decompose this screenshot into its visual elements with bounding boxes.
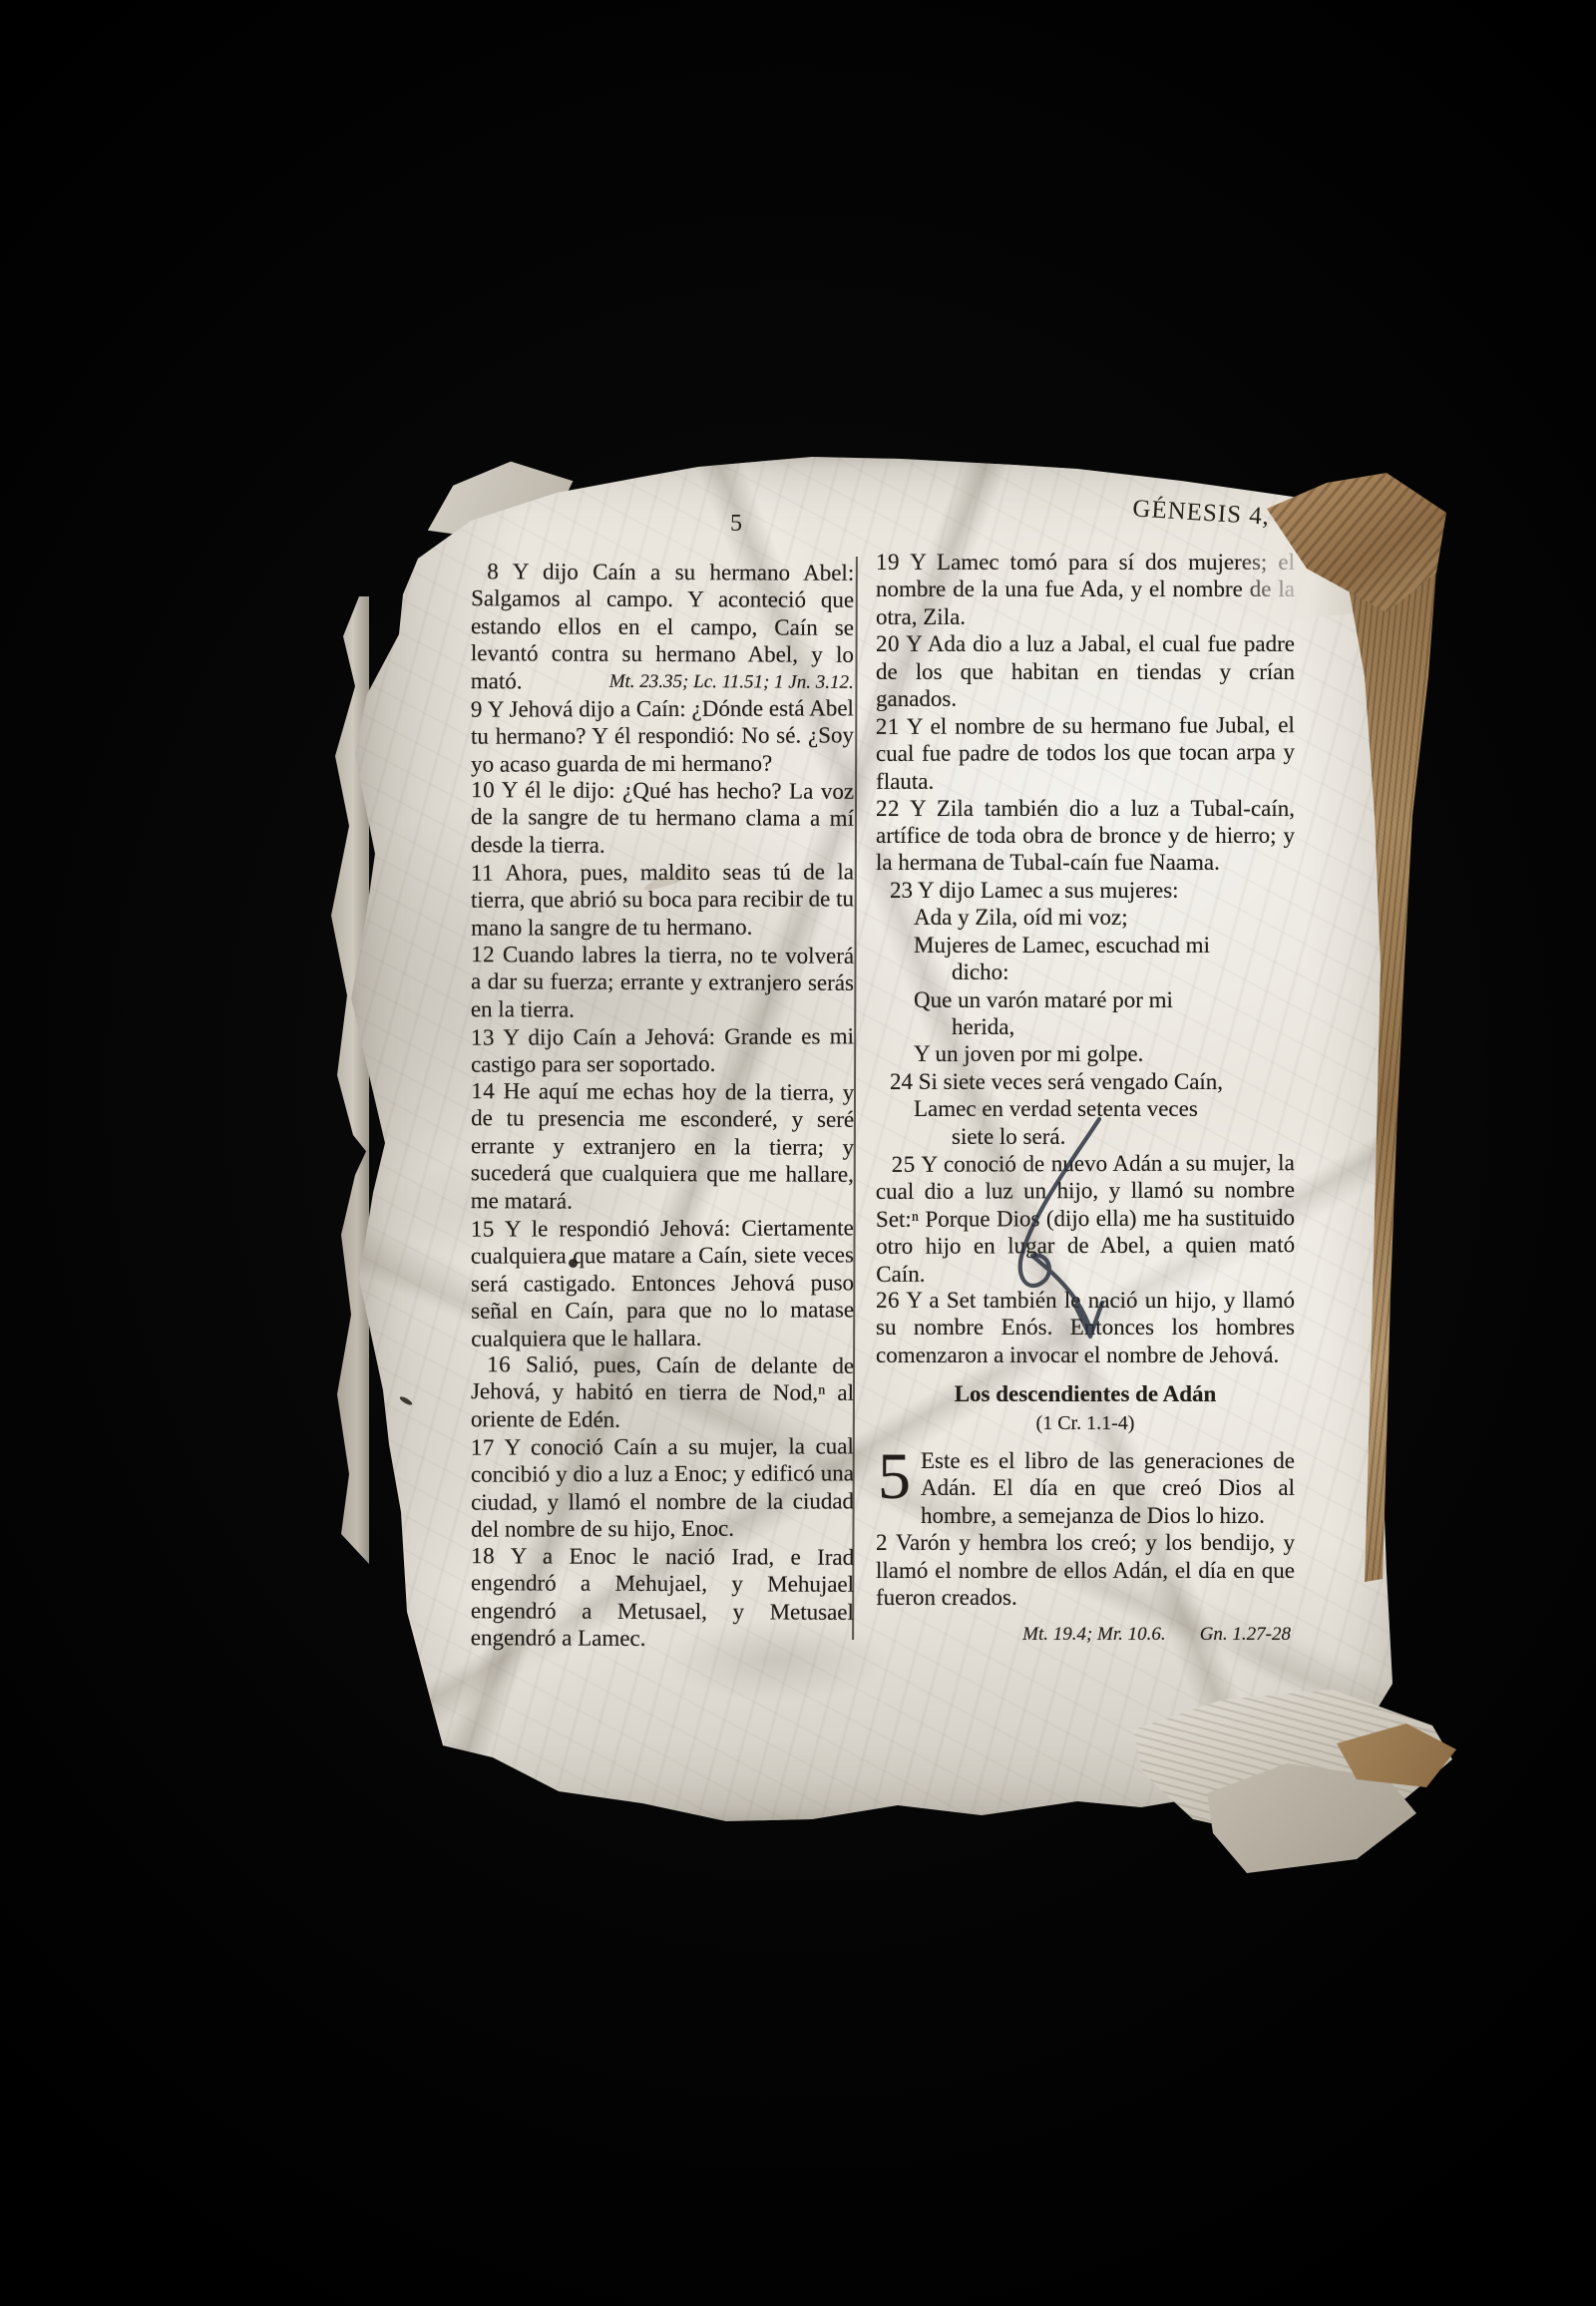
verse-paragraph: 19 Y Lamec tomó para sí dos mujeres; el … [876,549,1295,630]
cross-reference: Gn. 1.27-28 [1200,1624,1291,1645]
photo-background: 5 GÉNESIS 4, 5 8 Y dijo Caín a su herman… [0,0,1596,2306]
verse-number: 26 [876,1288,900,1313]
chapter-number-dropcap: 5 [876,1447,921,1504]
verse-number: 17 [471,1435,495,1460]
verse-number: 19 [876,550,900,575]
verse-number: 18 [471,1543,495,1568]
verse-number: 12 [471,942,495,966]
verse-number: 25 [892,1152,916,1177]
poem-line: Que un varón mataré por mi [876,986,1295,1013]
poem-line: dicho: [876,959,1295,985]
verse-number: 11 [471,861,494,886]
verse-paragraph: 15 Y le respondió Jehová: Ciertamente cu… [471,1214,854,1351]
verse-paragraph: 8 Y dijo Caín a su hermano Abel: Salgamo… [471,558,855,696]
poem-line: Ada y Zila, oíd mi voz; [876,904,1295,931]
verse-number: 2 [876,1530,888,1555]
verse-number: 10 [471,777,495,802]
book-photo: 5 GÉNESIS 4, 5 8 Y dijo Caín a su herman… [329,447,1496,1933]
verse-number: 13 [471,1024,495,1049]
verse-number: 8 [487,559,499,583]
ink-scribble [982,1113,1161,1343]
verse-paragraph: 21 Y el nombre de su hermano fue Jubal, … [876,712,1295,796]
verse-paragraph: 18 Y a Enoc le nació Irad, e Irad engend… [471,1542,854,1653]
page-number: 5 [730,511,742,538]
poem-line: 23 Y dijo Lamec a sus mujeres: [876,877,1295,904]
verse-paragraph: 17 Y conoció Caín a su mujer, la cual co… [471,1432,854,1543]
verse-paragraph: Este es el libro de las generaciones de … [876,1447,1295,1529]
ink-speck [569,1259,578,1268]
ink-speck [399,1395,414,1406]
cross-reference: Mt. 19.4; Mr. 10.6. [1022,1624,1166,1645]
verse-paragraph: 22 Y Zila también dio a luz a Tubal-caín… [876,795,1295,877]
verse-number: 9 [471,697,483,722]
verse-paragraph: 11 Ahora, pues, maldito seas tú de la ti… [471,859,854,943]
verse-paragraph: 16 Salió, pues, Caín de delante de Jehov… [471,1350,854,1434]
verse-paragraph: 2 Varón y hembra los creó; y los bendijo… [876,1529,1295,1611]
section-reference: (1 Cr. 1.1-4) [876,1410,1295,1437]
right-column: 19 Y Lamec tomó para sí dos mujeres; el … [876,549,1295,1649]
verse-paragraph: 9 Y Jehová dijo a Caín: ¿Dónde está Abel… [471,694,854,778]
verse-number: 16 [487,1351,511,1376]
verse-paragraph: 20 Y Ada dio a luz a Jabal, el cual fue … [876,630,1295,712]
torn-page-shred-left [335,1145,369,1564]
footer-cross-references: Mt. 19.4; Mr. 10.6.Gn. 1.27-28 [876,1621,1295,1648]
verse-number: 15 [471,1216,495,1241]
verse-number: 21 [876,714,900,739]
poem-line: Mujeres de Lamec, escuchad mi [876,932,1295,959]
page-sheet: 5 GÉNESIS 4, 5 8 Y dijo Caín a su herman… [343,455,1426,1823]
chapter-opening: 5Este es el libro de las generaciones de… [876,1447,1295,1529]
verse-number: 22 [876,796,900,821]
verse-paragraph: 10 Y él le dijo: ¿Qué has hecho? La voz … [471,776,854,860]
left-column: 8 Y dijo Caín a su hermano Abel: Salgamo… [471,559,854,1652]
poem-line: Y un joven por mi golpe. [876,1040,1295,1067]
poem-line: herida, [876,1013,1295,1040]
section-heading: Los descendientes de Adán [876,1380,1295,1407]
verse-number: 20 [876,631,900,656]
verse-number: 14 [471,1078,495,1103]
verse-paragraph: 13 Y dijo Caín a Jehová: Grande es mi ca… [471,1022,854,1078]
verse-paragraph: 14 He aquí me echas hoy de la tierra, y … [471,1077,855,1216]
verse-paragraph: 12 Cuando labres la tierra, no te volver… [471,941,854,1024]
poem-line: 24 Si siete veces será vengado Caín, [876,1068,1295,1095]
cross-reference: Mt. 23.35; Lc. 11.51; 1 Jn. 3.12. [471,667,854,696]
running-head: GÉNESIS 4, 5 [961,485,1291,533]
torn-page-shred-left [329,596,369,1155]
